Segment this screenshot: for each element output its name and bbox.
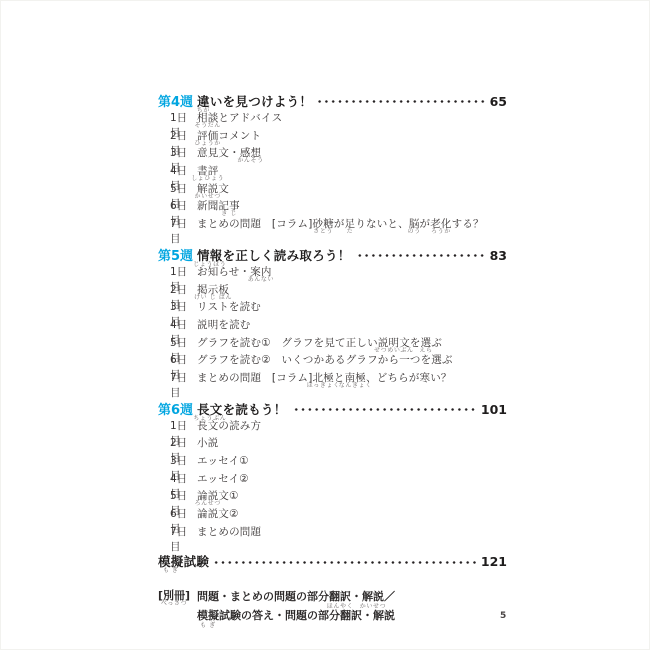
text-segment: 感想かんそう	[240, 145, 261, 160]
text-segment: 文①	[218, 488, 238, 503]
text-segment: 別冊べっさつ	[163, 587, 185, 603]
text-segment: エッセイ①	[197, 453, 249, 468]
text-segment: 小説	[197, 435, 218, 450]
text-segment: 情報じょうほう	[197, 246, 223, 264]
segment-base: 論説文②	[197, 508, 239, 520]
text-segment: する？	[452, 216, 484, 231]
text-segment: グラフを読む① グラフを見て正しい	[197, 335, 378, 350]
toc-day-row: 2日目小説	[158, 435, 507, 453]
week-label: 第4週	[158, 91, 197, 110]
text-segment: 掲示板けい じ ばん	[197, 282, 229, 297]
segment-base: 解説	[362, 590, 384, 603]
segment-base: ／	[384, 590, 395, 603]
week-label: 第6週	[158, 399, 197, 418]
text-segment: 模擬も ぎ	[197, 606, 219, 625]
day-title: グラフを読む② いくつかあるグラフから一つを選ぶ	[197, 352, 453, 367]
day-title: 相談そうだんとアドバイス	[197, 110, 282, 125]
segment-base: とアドバイス	[218, 112, 282, 124]
section-title: 違ちがいを見つけよう！	[197, 92, 312, 110]
toc-day-row: 2日目掲示板けい じ ばん	[158, 282, 507, 300]
segment-base: エッセイ②	[197, 473, 249, 485]
text-segment: を読もう！	[223, 400, 287, 418]
toc-day-row: 4日目書評しょひょう	[158, 163, 507, 181]
segment-base: エッセイ①	[197, 455, 249, 467]
text-segment: 書評しょひょう	[197, 163, 218, 178]
text-segment: 説明を読む	[197, 317, 251, 332]
day-title: グラフを読む① グラフを見て正しい説明文せつめいぶんを選えらぶ	[197, 335, 442, 350]
dot-leader	[213, 561, 478, 564]
section-page-number: 121	[481, 554, 507, 569]
furigana: も ぎ	[200, 623, 216, 629]
segment-base: が	[334, 218, 345, 230]
toc-section: 模擬も ぎ試験121	[158, 552, 507, 571]
dot-leader	[291, 408, 478, 411]
toc-day-row: 4日目説明を読む	[158, 317, 507, 335]
toc-day-row: 5日目グラフを読む① グラフを見て正しい説明文せつめいぶんを選えらぶ	[158, 335, 507, 353]
segment-base: いを見つけよう！	[210, 94, 312, 109]
furigana: た	[347, 229, 354, 235]
text-segment: 試験の答え・問題の部分翻訳・解説	[219, 606, 395, 625]
section-header: 第4週違ちがいを見つけよう！65	[158, 91, 507, 110]
text-segment: 長文ちょうぶん	[197, 400, 223, 418]
day-title: エッセイ②	[197, 471, 249, 486]
text-segment: 説明文せつめいぶん	[378, 335, 410, 350]
text-segment: 評価ひょうか	[197, 128, 218, 143]
section-page-number: 65	[490, 94, 507, 109]
toc-day-row: 3日目エッセイ①	[158, 453, 507, 471]
day-title: 解説かいせつ文	[197, 181, 229, 196]
day-title: 論説ろんせつ文①	[197, 488, 239, 503]
text-segment: まとめの問題	[197, 524, 261, 539]
toc-day-row: 6日目論説文②	[158, 506, 507, 524]
text-segment: いを見つけよう！	[210, 92, 312, 110]
page-number: 5	[500, 611, 506, 621]
text-segment: お知らせ・	[197, 264, 250, 279]
text-segment: リストを読む	[197, 299, 261, 314]
section-header: 模擬も ぎ試験121	[158, 552, 507, 571]
segment-base: コメント	[218, 130, 261, 142]
text-segment: グラフを読む② いくつかあるグラフから一つを選ぶ	[197, 352, 453, 367]
segment-base: 翻訳	[329, 590, 351, 603]
text-segment: まとめの問題 [コラム]	[197, 370, 313, 385]
segment-base: 問題・まとめの問題の部分	[197, 590, 329, 603]
segment-base: を読もう！	[223, 402, 287, 417]
toc-section: 第6週長文ちょうぶんを読もう！1011日目長文の読み方2日目小説3日目エッセイ①…	[158, 399, 507, 542]
text-segment: を正しく読み取ろう！	[223, 246, 351, 264]
segment-base: まとめの問題 [コラム]	[197, 372, 313, 384]
segment-base: 新聞	[197, 200, 218, 212]
text-segment: 、どちらが寒い？	[366, 370, 452, 385]
section-title: 情報じょうほうを正しく読み取ろう！	[197, 246, 351, 264]
segment-base: 長文の読み方	[197, 420, 261, 432]
segment-base: 、どちらが寒い？	[366, 372, 452, 384]
toc-day-row: 7日目まとめの問題 [コラム] 北極ほっきょくと南極なんきょく、どちらが寒い？	[158, 370, 507, 388]
day-title: エッセイ①	[197, 453, 249, 468]
day-title: 長文の読み方	[197, 418, 261, 433]
day-title: 書評しょひょう	[197, 163, 218, 178]
toc-day-row: 1日目長文の読み方	[158, 418, 507, 436]
segment-base: 説明を読む	[197, 319, 251, 331]
text-segment: 新聞	[197, 198, 218, 213]
segment-base: ぶ	[431, 337, 442, 349]
appendix-line: 問題・まとめの問題の部分翻訳ほんやく・解説かいせつ／	[197, 587, 395, 606]
appendix-label: [別冊べっさつ]	[158, 587, 197, 625]
segment-base: リストを読む	[197, 301, 261, 313]
text-segment: ぶ	[431, 335, 442, 350]
segment-base: する？	[452, 218, 484, 230]
segment-base: 意見文・	[197, 147, 240, 159]
day-title: 説明を読む	[197, 317, 251, 332]
furigana: べっさつ	[161, 601, 187, 607]
segment-base: ・	[351, 590, 362, 603]
dot-leader	[355, 254, 487, 257]
day-title: 小説	[197, 435, 218, 450]
segment-base: が	[420, 218, 431, 230]
day-title: 新聞記事き じ	[197, 198, 240, 213]
text-segment: 模擬も ぎ	[158, 552, 184, 570]
appendix-lines: 問題・まとめの問題の部分翻訳ほんやく・解説かいせつ／模擬も ぎ試験の答え・問題の…	[197, 587, 395, 625]
toc-day-row: 7日目まとめの問題 [コラム] 砂糖さとうが足たりないと、脳のうが老化ろうかする…	[158, 216, 507, 234]
toc-day-row: 5日目論説ろんせつ文①	[158, 488, 507, 506]
day-title: 意見文・感想かんそう	[197, 145, 261, 160]
toc-day-row: 5日目解説かいせつ文	[158, 181, 507, 199]
segment-base: グラフを読む② いくつかあるグラフから一つを選ぶ	[197, 354, 453, 366]
segment-base: を正しく読み取ろう！	[223, 248, 351, 263]
segment-base: 文	[218, 183, 229, 195]
text-segment: エッセイ②	[197, 471, 249, 486]
section-page-number: 83	[490, 248, 507, 263]
segment-base: 模擬	[197, 609, 219, 622]
furigana: かんそう	[237, 158, 263, 164]
segment-base: 試験	[184, 554, 210, 569]
segment-base: 試験の答え・問題の部分翻訳・解説	[219, 609, 395, 622]
toc-day-row: 3日目リストを読む	[158, 299, 507, 317]
toc-day-row: 7日目まとめの問題	[158, 524, 507, 542]
day-title: まとめの問題 [コラム] 北極ほっきょくと南極なんきょく、どちらが寒い？	[197, 370, 452, 385]
segment-base: お知らせ・	[197, 266, 250, 278]
appendix-line: 模擬も ぎ試験の答え・問題の部分翻訳・解説	[197, 606, 395, 625]
text-segment: 記事き じ	[218, 198, 239, 213]
toc-day-row: 1日目お知らせ・案内あんない	[158, 264, 507, 282]
text-segment: 試験	[184, 552, 210, 570]
text-segment: りないと、	[355, 216, 409, 231]
day-label: 7日目	[170, 370, 197, 400]
text-segment: 南極なんきょく	[345, 370, 366, 385]
toc-section: 第5週情報じょうほうを正しく読み取ろう！831日目お知らせ・案内あんない2日目掲…	[158, 245, 507, 388]
section-page-number: 101	[481, 402, 507, 417]
text-segment: 相談そうだん	[197, 110, 218, 125]
day-title: 論説文②	[197, 506, 239, 521]
segment-base: まとめの問題 [コラム]	[197, 218, 313, 230]
text-segment: 違ちが	[197, 92, 210, 110]
toc-day-row: 6日目新聞記事き じ	[158, 198, 507, 216]
text-segment: 解説かいせつ	[362, 587, 384, 606]
toc: 第4週違ちがいを見つけよう！651日目相談そうだんとアドバイス2日目評価ひょうか…	[158, 91, 507, 625]
segment-base: グラフを読む① グラフを見て正しい	[197, 337, 378, 349]
text-segment: 老化ろうか	[430, 216, 451, 231]
segment-base: 文①	[218, 490, 238, 502]
text-segment: まとめの問題 [コラム]	[197, 216, 313, 231]
text-segment: 翻訳ほんやく	[329, 587, 351, 606]
toc-section: 第4週違ちがいを見つけよう！651日目相談そうだんとアドバイス2日目評価ひょうか…	[158, 91, 507, 234]
text-segment: 意見文・	[197, 145, 240, 160]
text-segment: コメント	[218, 128, 261, 143]
section-title: 長文ちょうぶんを読もう！	[197, 400, 287, 418]
text-segment: が	[334, 216, 345, 231]
furigana: も ぎ	[163, 568, 179, 574]
section-header: 第5週情報じょうほうを正しく読み取ろう！83	[158, 245, 507, 264]
day-title: まとめの問題 [コラム] 砂糖さとうが足たりないと、脳のうが老化ろうかする？	[197, 216, 484, 231]
toc-day-row: 2日目評価ひょうかコメント	[158, 128, 507, 146]
furigana: ろうか	[431, 229, 451, 235]
text-segment: 論説文②	[197, 506, 239, 521]
day-title: まとめの問題	[197, 524, 261, 539]
segment-base: りないと、	[355, 218, 409, 230]
text-segment: 問題・まとめの問題の部分	[197, 587, 329, 606]
day-title: リストを読む	[197, 299, 261, 314]
day-label: 7日目	[170, 524, 197, 554]
segment-base: ]	[185, 589, 190, 602]
toc-day-row: 1日目相談そうだんとアドバイス	[158, 110, 507, 128]
week-label: 第5週	[158, 245, 197, 264]
day-label: 7日目	[170, 216, 197, 246]
text-segment: 砂糖さとう	[313, 216, 334, 231]
text-segment: 案内あんない	[250, 264, 271, 279]
text-segment: 文	[218, 181, 229, 196]
text-segment: 解説かいせつ	[197, 181, 218, 196]
text-segment: が	[420, 216, 431, 231]
text-segment: 論説ろんせつ	[197, 488, 218, 503]
segment-base: まとめの問題	[197, 526, 261, 538]
text-segment: ]	[185, 589, 190, 602]
text-segment: 脳のう	[409, 216, 420, 231]
day-title: お知らせ・案内あんない	[197, 264, 272, 279]
dot-leader	[316, 100, 486, 103]
text-segment: 北極ほっきょく	[313, 370, 334, 385]
text-segment: ／	[384, 587, 395, 606]
day-title: 評価ひょうかコメント	[197, 128, 261, 143]
text-segment: 足た	[345, 216, 356, 231]
text-segment: とアドバイス	[218, 110, 282, 125]
toc-day-row: 3日目意見文・感想かんそう	[158, 145, 507, 163]
furigana: さとう	[313, 229, 333, 235]
segment-base: 小説	[197, 437, 218, 449]
furigana: あんない	[248, 277, 274, 283]
toc-day-row: 6日目グラフを読む② いくつかあるグラフから一つを選ぶ	[158, 352, 507, 370]
text-segment: 長文の読み方	[197, 418, 261, 433]
section-title: 模擬も ぎ試験	[158, 552, 209, 570]
appendix-section: [別冊べっさつ]問題・まとめの問題の部分翻訳ほんやく・解説かいせつ／模擬も ぎ試…	[158, 587, 507, 625]
day-title: 掲示板けい じ ばん	[197, 282, 229, 297]
section-header: 第6週長文ちょうぶんを読もう！101	[158, 399, 507, 418]
toc-day-row: 4日目エッセイ②	[158, 471, 507, 489]
text-segment: 選えら	[421, 335, 432, 350]
